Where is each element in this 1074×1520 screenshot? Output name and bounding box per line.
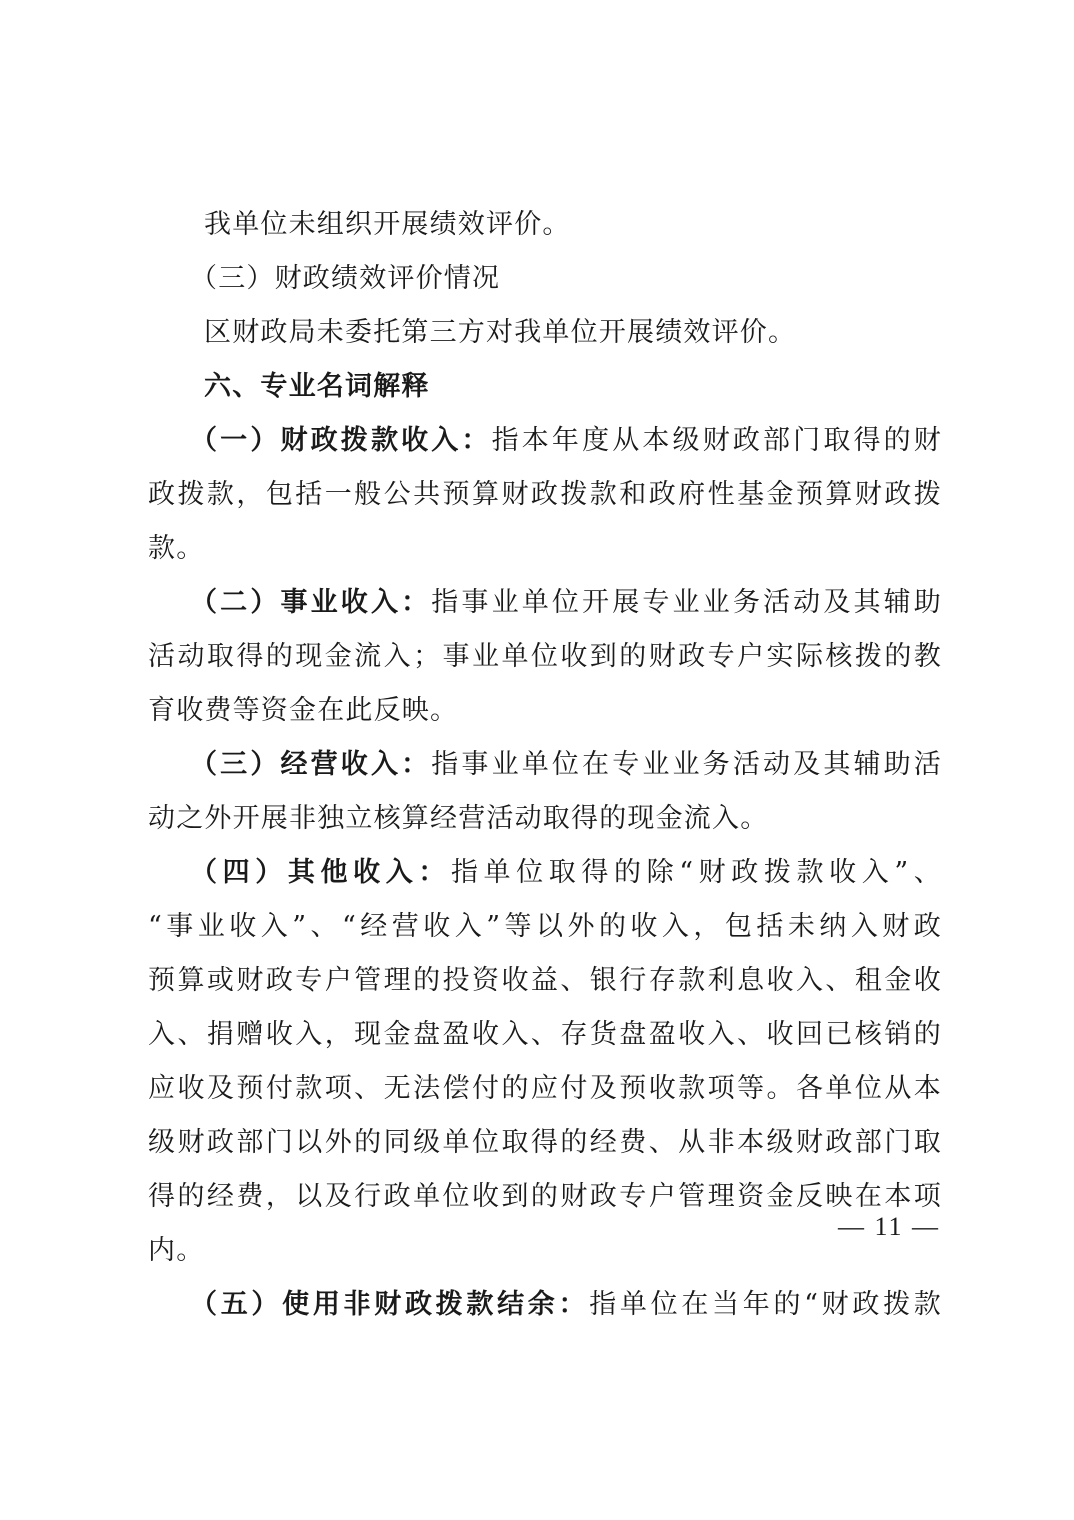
term-fiscal-appropriation-line1: （一）财政拨款收入：指本年度从本级财政部门取得的财 [148,414,942,468]
term-business-income-line3: 育收费等资金在此反映。 [148,684,942,738]
paragraph-no-third-party: 区财政局未委托第三方对我单位开展绩效评价。 [148,306,942,360]
term-fiscal-appropriation-line3: 款。 [148,522,942,576]
term-non-fiscal-balance-line1: （五）使用非财政拨款结余：指单位在当年的“财政拨款 [148,1278,942,1332]
paragraph-no-self-evaluation: 我单位未组织开展绩效评价。 [148,198,942,252]
term-label: （三）经营收入： [190,749,431,780]
term-business-income-line2: 活动取得的现金流入；事业单位收到的财政专户实际核拨的教 [148,630,942,684]
page-number: — 11 — [838,1212,940,1242]
term-other-income-line8: 内。 [148,1224,942,1278]
term-other-income-line7: 得的经费，以及行政单位收到的财政专户管理资金反映在本项 [148,1170,942,1224]
term-label: （一）财政拨款收入： [190,425,492,456]
document-page: 我单位未组织开展绩效评价。 （三）财政绩效评价情况 区财政局未委托第三方对我单位… [148,198,942,1332]
term-other-income-line2: “事业收入”、“经营收入”等以外的收入，包括未纳入财政 [148,900,942,954]
term-other-income-line6: 级财政部门以外的同级单位取得的经费、从非本级财政部门取 [148,1116,942,1170]
subheading-fiscal-evaluation: （三）财政绩效评价情况 [148,252,942,306]
term-fiscal-appropriation-line2: 政拨款，包括一般公共预算财政拨款和政府性基金预算财政拨 [148,468,942,522]
term-label: （四）其他收入： [190,857,451,888]
term-business-income-line1: （二）事业收入：指事业单位开展专业业务活动及其辅助 [148,576,942,630]
term-other-income-line3: 预算或财政专户管理的投资收益、银行存款利息收入、租金收 [148,954,942,1008]
term-label: （二）事业收入： [190,587,431,618]
term-other-income-line4: 入、捐赠收入，现金盘盈收入、存货盘盈收入、收回已核销的 [148,1008,942,1062]
term-other-income-line1: （四）其他收入：指单位取得的除“财政拨款收入”、 [148,846,942,900]
term-other-income-line5: 应收及预付款项、无法偿付的应付及预收款项等。各单位从本 [148,1062,942,1116]
term-operating-income-line1: （三）经营收入：指事业单位在专业业务活动及其辅助活 [148,738,942,792]
term-label: （五）使用非财政拨款结余： [190,1289,589,1320]
term-operating-income-line2: 动之外开展非独立核算经营活动取得的现金流入。 [148,792,942,846]
section-heading-terms: 六、专业名词解释 [148,360,942,414]
